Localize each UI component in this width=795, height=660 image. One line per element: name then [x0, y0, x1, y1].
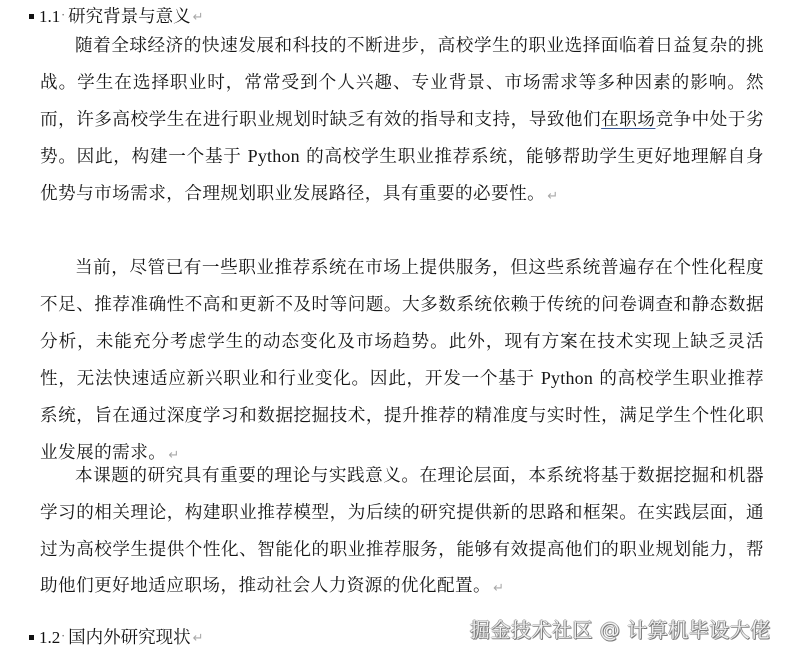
- section-heading-1-2[interactable]: 1.2 · 国内外研究现状 ↵: [29, 627, 203, 649]
- section-title: 研究背景与意义: [68, 6, 191, 28]
- watermark: 掘金技术社区 @ 计算机毕设大佬: [470, 614, 771, 643]
- paragraph-mark-icon: ↵: [547, 189, 558, 204]
- body-paragraph-2[interactable]: 当前，尽管已有一些职业推荐系统在市场上提供服务，但这些系统普遍存在个性化程度不足…: [40, 250, 764, 474]
- paragraph-mark-icon: ↵: [193, 628, 204, 650]
- grammar-underlined-text[interactable]: 在职场: [601, 110, 655, 130]
- paragraph-mark-icon: ↵: [193, 7, 204, 29]
- body-paragraph-3[interactable]: 本课题的研究具有重要的理论与实践意义。在理论层面，本系统将基于数据挖掘和机器学习…: [40, 458, 764, 607]
- section-heading-1-1[interactable]: 1.1 · 研究背景与意义 ↵: [29, 6, 203, 28]
- paragraph-text: 本课题的研究具有重要的理论与实践意义。在理论层面，本系统将基于数据挖掘和机器学习…: [40, 466, 764, 596]
- paragraph-mark-icon: ↵: [493, 581, 504, 596]
- latin-term: Python: [541, 368, 593, 388]
- section-number: 1.2: [39, 627, 60, 649]
- section-title: 国内外研究现状: [68, 627, 191, 649]
- space-marker-icon: ·: [61, 625, 65, 647]
- latin-term: Python: [248, 146, 300, 166]
- space-marker-icon: ·: [61, 4, 65, 26]
- section-number: 1.1: [39, 6, 60, 28]
- document-page: 1.1 · 研究背景与意义 ↵ 随着全球经济的快速发展和科技的不断进步，高校学生…: [0, 0, 795, 660]
- body-paragraph-1[interactable]: 随着全球经济的快速发展和科技的不断进步，高校学生的职业选择面临着日益复杂的挑战。…: [40, 28, 764, 215]
- heading-bullet-icon: [29, 14, 34, 19]
- heading-bullet-icon: [29, 635, 34, 640]
